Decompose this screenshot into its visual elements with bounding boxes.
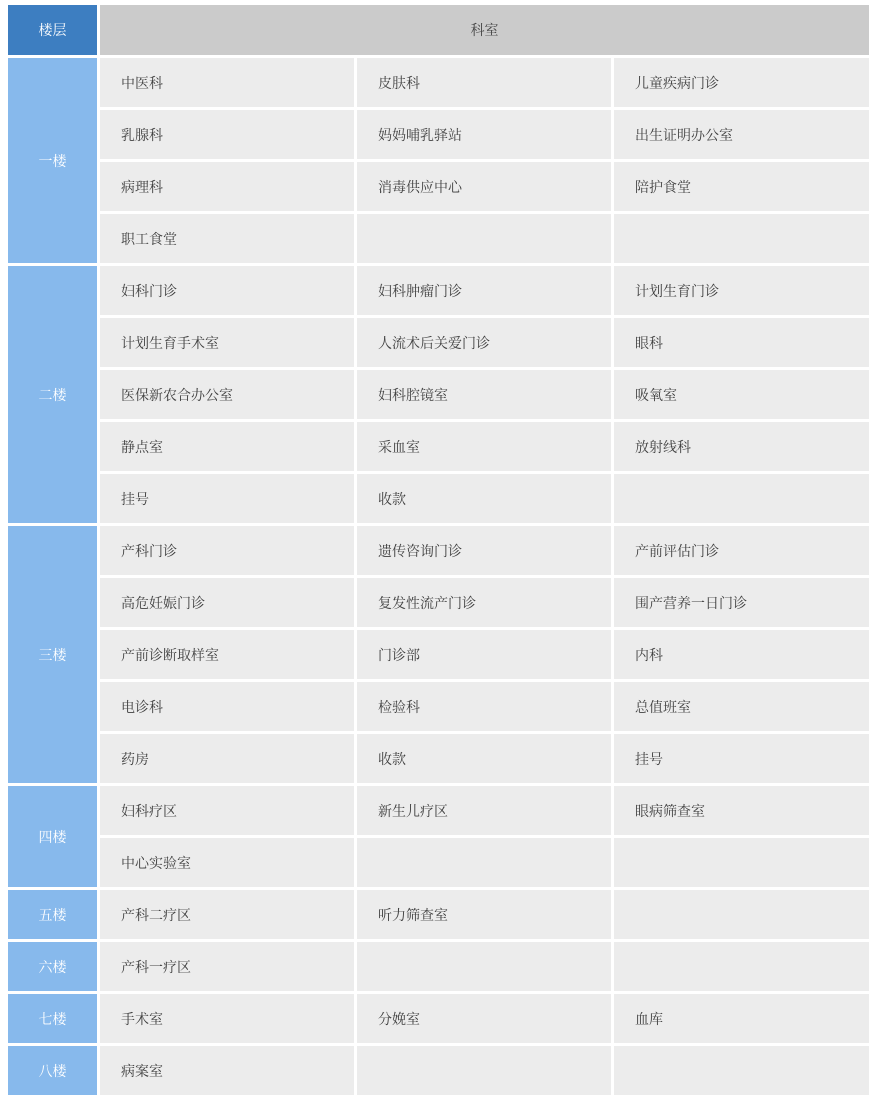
- department-cell: 眼科: [614, 318, 869, 367]
- empty-cell: [357, 214, 611, 263]
- department-cell: 检验科: [357, 682, 611, 731]
- floor-cell-6: 六楼: [8, 942, 97, 991]
- department-cell: 收款: [357, 474, 611, 523]
- department-cell: 高危妊娠门诊: [100, 578, 354, 627]
- department-cell: 手术室: [100, 994, 354, 1043]
- department-cell: 产科一疗区: [100, 942, 354, 991]
- department-cell: 收款: [357, 734, 611, 783]
- floor-cell-5: 五楼: [8, 890, 97, 939]
- department-cell: 病理科: [100, 162, 354, 211]
- department-cell: 产科门诊: [100, 526, 354, 575]
- floor-column-header: 楼层: [8, 5, 97, 55]
- department-cell: 吸氧室: [614, 370, 869, 419]
- department-cell: 放射线科: [614, 422, 869, 471]
- department-cell: 儿童疾病门诊: [614, 58, 869, 107]
- department-cell: 医保新农合办公室: [100, 370, 354, 419]
- department-cell: 妈妈哺乳驿站: [357, 110, 611, 159]
- department-cell: 内科: [614, 630, 869, 679]
- department-cell: 总值班室: [614, 682, 869, 731]
- department-cell: 产前评估门诊: [614, 526, 869, 575]
- department-cell: 产科二疗区: [100, 890, 354, 939]
- department-cell: 妇科疗区: [100, 786, 354, 835]
- department-cell: 计划生育门诊: [614, 266, 869, 315]
- department-cell: 人流术后关爱门诊: [357, 318, 611, 367]
- department-cell: 分娩室: [357, 994, 611, 1043]
- department-cell: 眼病筛查室: [614, 786, 869, 835]
- department-cell: 挂号: [614, 734, 869, 783]
- department-cell: 计划生育手术室: [100, 318, 354, 367]
- department-cell: 病案室: [100, 1046, 354, 1095]
- empty-cell: [357, 942, 611, 991]
- department-cell: 妇科肿瘤门诊: [357, 266, 611, 315]
- department-cell: 围产营养一日门诊: [614, 578, 869, 627]
- empty-cell: [614, 214, 869, 263]
- department-cell: 乳腺科: [100, 110, 354, 159]
- floor-cell-8: 八楼: [8, 1046, 97, 1095]
- department-column-header: 科室: [100, 5, 869, 55]
- empty-cell: [614, 838, 869, 887]
- floor-cell-4: 四楼: [8, 786, 97, 887]
- department-cell: 新生儿疗区: [357, 786, 611, 835]
- department-cell: 妇科门诊: [100, 266, 354, 315]
- department-cell: 遗传咨询门诊: [357, 526, 611, 575]
- department-cell: 复发性流产门诊: [357, 578, 611, 627]
- empty-cell: [357, 1046, 611, 1095]
- empty-cell: [357, 838, 611, 887]
- department-cell: 门诊部: [357, 630, 611, 679]
- empty-cell: [614, 474, 869, 523]
- empty-cell: [614, 1046, 869, 1095]
- floor-cell-1: 一楼: [8, 58, 97, 263]
- empty-cell: [614, 890, 869, 939]
- department-cell: 采血室: [357, 422, 611, 471]
- department-cell: 皮肤科: [357, 58, 611, 107]
- department-cell: 电诊科: [100, 682, 354, 731]
- department-cell: 听力筛查室: [357, 890, 611, 939]
- department-cell: 血库: [614, 994, 869, 1043]
- department-cell: 妇科腔镜室: [357, 370, 611, 419]
- department-cell: 挂号: [100, 474, 354, 523]
- department-cell: 职工食堂: [100, 214, 354, 263]
- floor-cell-7: 七楼: [8, 994, 97, 1043]
- department-cell: 出生证明办公室: [614, 110, 869, 159]
- floor-cell-2: 二楼: [8, 266, 97, 523]
- floor-directory-table: 楼层 科室 一楼中医科皮肤科儿童疾病门诊乳腺科妈妈哺乳驿站出生证明办公室病理科消…: [8, 5, 869, 1095]
- department-cell: 静点室: [100, 422, 354, 471]
- department-cell: 消毒供应中心: [357, 162, 611, 211]
- department-cell: 药房: [100, 734, 354, 783]
- department-cell: 中心实验室: [100, 838, 354, 887]
- floor-cell-3: 三楼: [8, 526, 97, 783]
- department-cell: 产前诊断取样室: [100, 630, 354, 679]
- department-cell: 中医科: [100, 58, 354, 107]
- empty-cell: [614, 942, 869, 991]
- department-cell: 陪护食堂: [614, 162, 869, 211]
